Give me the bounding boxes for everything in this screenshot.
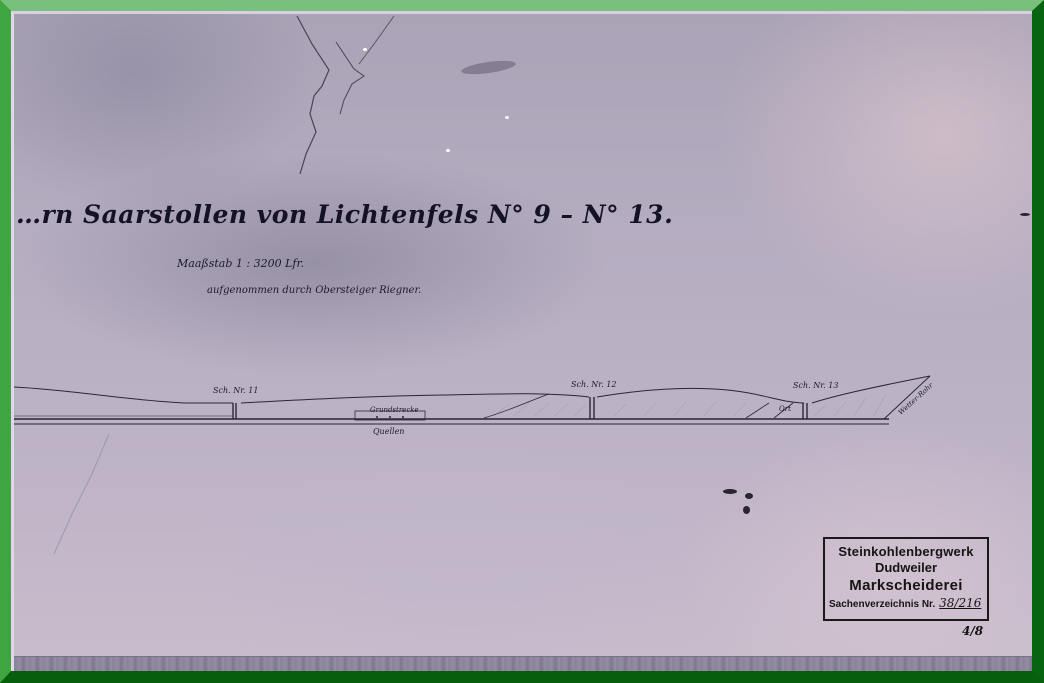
sheet-number: 4/8	[962, 624, 983, 638]
stamp-line-place: Dudweiler	[825, 560, 987, 575]
shaft-label-13: Sch. Nr. 13	[793, 381, 838, 390]
frame-right-bevel	[1032, 0, 1044, 683]
source-label: Quellen	[373, 427, 404, 436]
inset-label: Grundstrecke	[370, 406, 419, 414]
frame-left-bevel	[0, 0, 11, 683]
shaft-label-12: Sch. Nr. 12	[571, 380, 616, 389]
register-number: 38/216	[939, 596, 981, 610]
stamp-line-register: Sachenverzeichnis Nr.38/216	[825, 596, 987, 612]
document-photo: …rn Saarstollen von Lichtenfels N° 9 – N…	[11, 11, 1032, 671]
register-label: Sachenverzeichnis Nr.	[829, 599, 935, 610]
stamp-line-department: Markscheiderei	[825, 575, 987, 596]
shaft-label-11: Sch. Nr. 11	[213, 386, 258, 395]
photo-bottom-edge	[14, 656, 1032, 671]
frame-bottom-bevel	[0, 671, 1044, 683]
archive-stamp: Steinkohlenbergwerk Dudweiler Markscheid…	[823, 537, 989, 621]
small-label: Ort	[779, 405, 791, 413]
stamp-line-mine: Steinkohlenbergwerk	[825, 543, 987, 560]
frame-top-bevel	[0, 0, 1044, 11]
